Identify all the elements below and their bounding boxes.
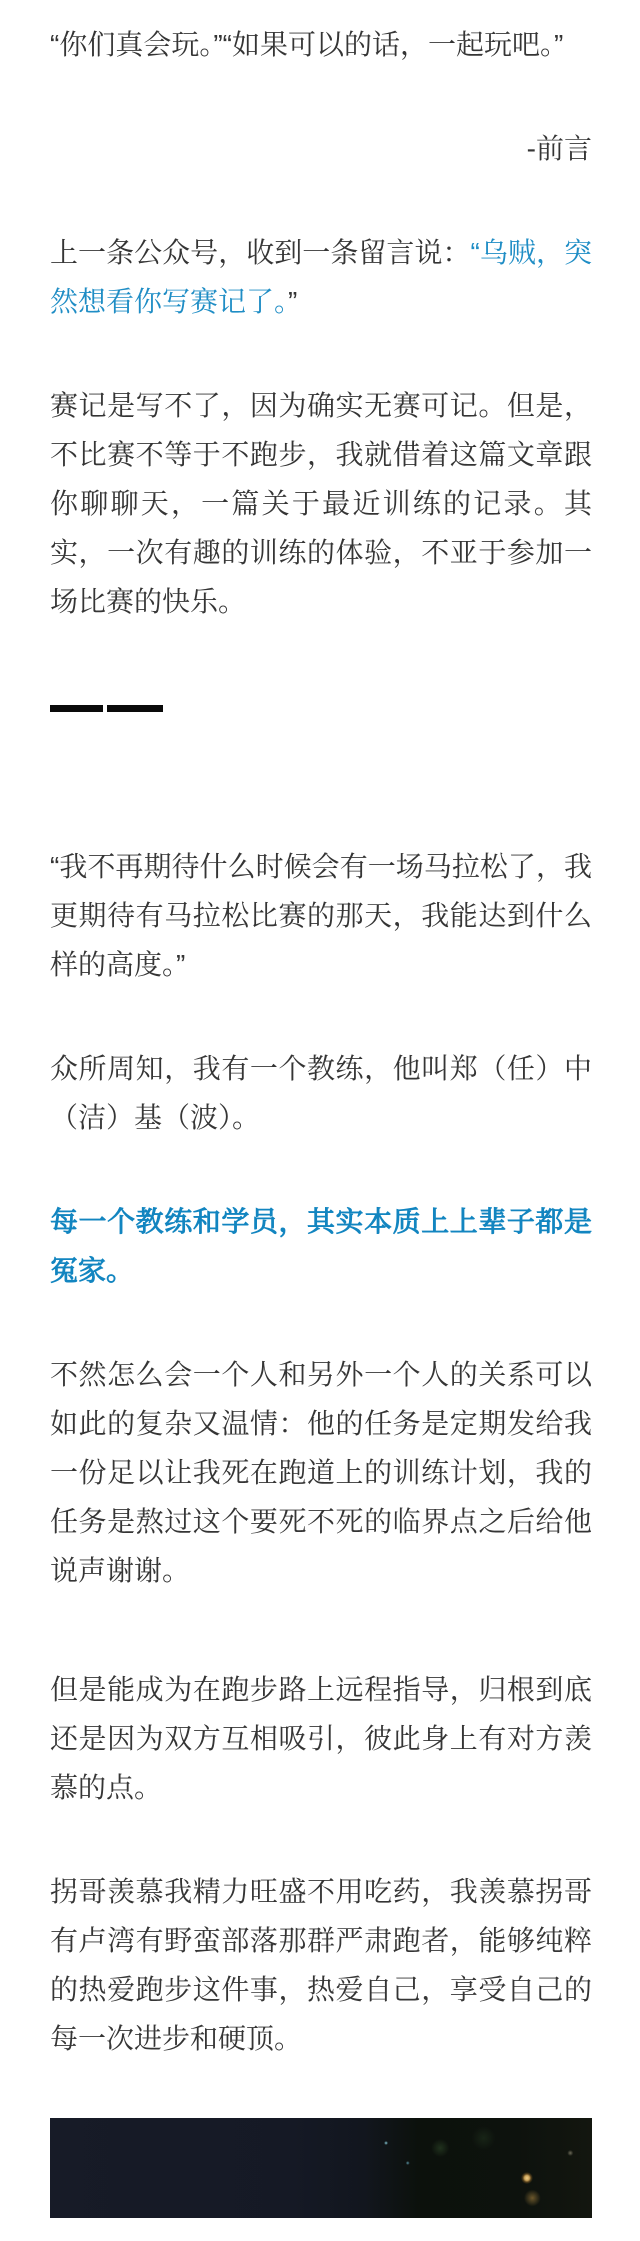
paragraph: 但是能成为在跑步路上远程指导，归根到底还是因为双方互相吸引，彼此身上有对方羡慕的…	[50, 1665, 592, 1812]
text-run: 不然怎么会一个人和另外一个人的关系可以如此的复杂又温情：他的任务是定期发给我一份…	[50, 1359, 592, 1586]
text-run: “你们真会玩。”“如果可以的话，一起玩吧。”	[50, 29, 563, 60]
highlight-text: 每一个教练和学员，其实本质上上辈子都是冤家。	[50, 1206, 592, 1286]
text-run: 赛记是写不了，因为确实无赛可记。但是，不比赛不等于不跑步，我就借着这篇文章跟你聊…	[50, 390, 592, 617]
paragraph: 拐哥羡慕我精力旺盛不用吃药，我羡慕拐哥有卢湾有野蛮部落那群严肃跑者，能够纯粹的热…	[50, 1867, 592, 2063]
text-run: -前言	[527, 133, 592, 164]
text-run: “我不再期待什么时候会有一场马拉松了，我更期待有马拉松比赛的那天，我能达到什么样…	[50, 851, 592, 980]
paragraph: 众所周知，我有一个教练，他叫郑（任）中（洁）基（波）。	[50, 1044, 592, 1142]
text-run: 拐哥羡慕我精力旺盛不用吃药，我羡慕拐哥有卢湾有野蛮部落那群严肃跑者，能够纯粹的热…	[50, 1876, 592, 2054]
paragraph-list: “你们真会玩。”“如果可以的话，一起玩吧。”-前言上一条公众号，收到一条留言说：…	[50, 20, 592, 2218]
section-divider	[50, 705, 592, 712]
paragraph: 不然怎么会一个人和另外一个人的关系可以如此的复杂又温情：他的任务是定期发给我一份…	[50, 1350, 592, 1595]
paragraph: 赛记是写不了，因为确实无赛可记。但是，不比赛不等于不跑步，我就借着这篇文章跟你聊…	[50, 381, 592, 626]
text-run: 但是能成为在跑步路上远程指导，归根到底还是因为双方互相吸引，彼此身上有对方羡慕的…	[50, 1674, 592, 1803]
text-run: 众所周知，我有一个教练，他叫郑（任）中（洁）基（波）。	[50, 1053, 592, 1133]
comment-paragraph: 上一条公众号，收到一条留言说：“乌贼，突然想看你写赛记了。”	[50, 228, 592, 326]
night-run-photo[interactable]	[50, 2118, 592, 2218]
preface-signature: -前言	[50, 124, 592, 173]
text-run: 上一条公众号，收到一条留言说：	[50, 237, 471, 268]
article-body: “你们真会玩。”“如果可以的话，一起玩吧。”-前言上一条公众号，收到一条留言说：…	[0, 0, 640, 2218]
divider-bar	[107, 705, 163, 712]
text-run: ”	[288, 286, 297, 317]
quote-paragraph: “我不再期待什么时候会有一场马拉松了，我更期待有马拉松比赛的那天，我能达到什么样…	[50, 842, 592, 989]
highlight-paragraph: 每一个教练和学员，其实本质上上辈子都是冤家。	[50, 1197, 592, 1295]
divider-bar	[50, 705, 103, 712]
opening-quote-paragraph: “你们真会玩。”“如果可以的话，一起玩吧。”	[50, 20, 592, 69]
